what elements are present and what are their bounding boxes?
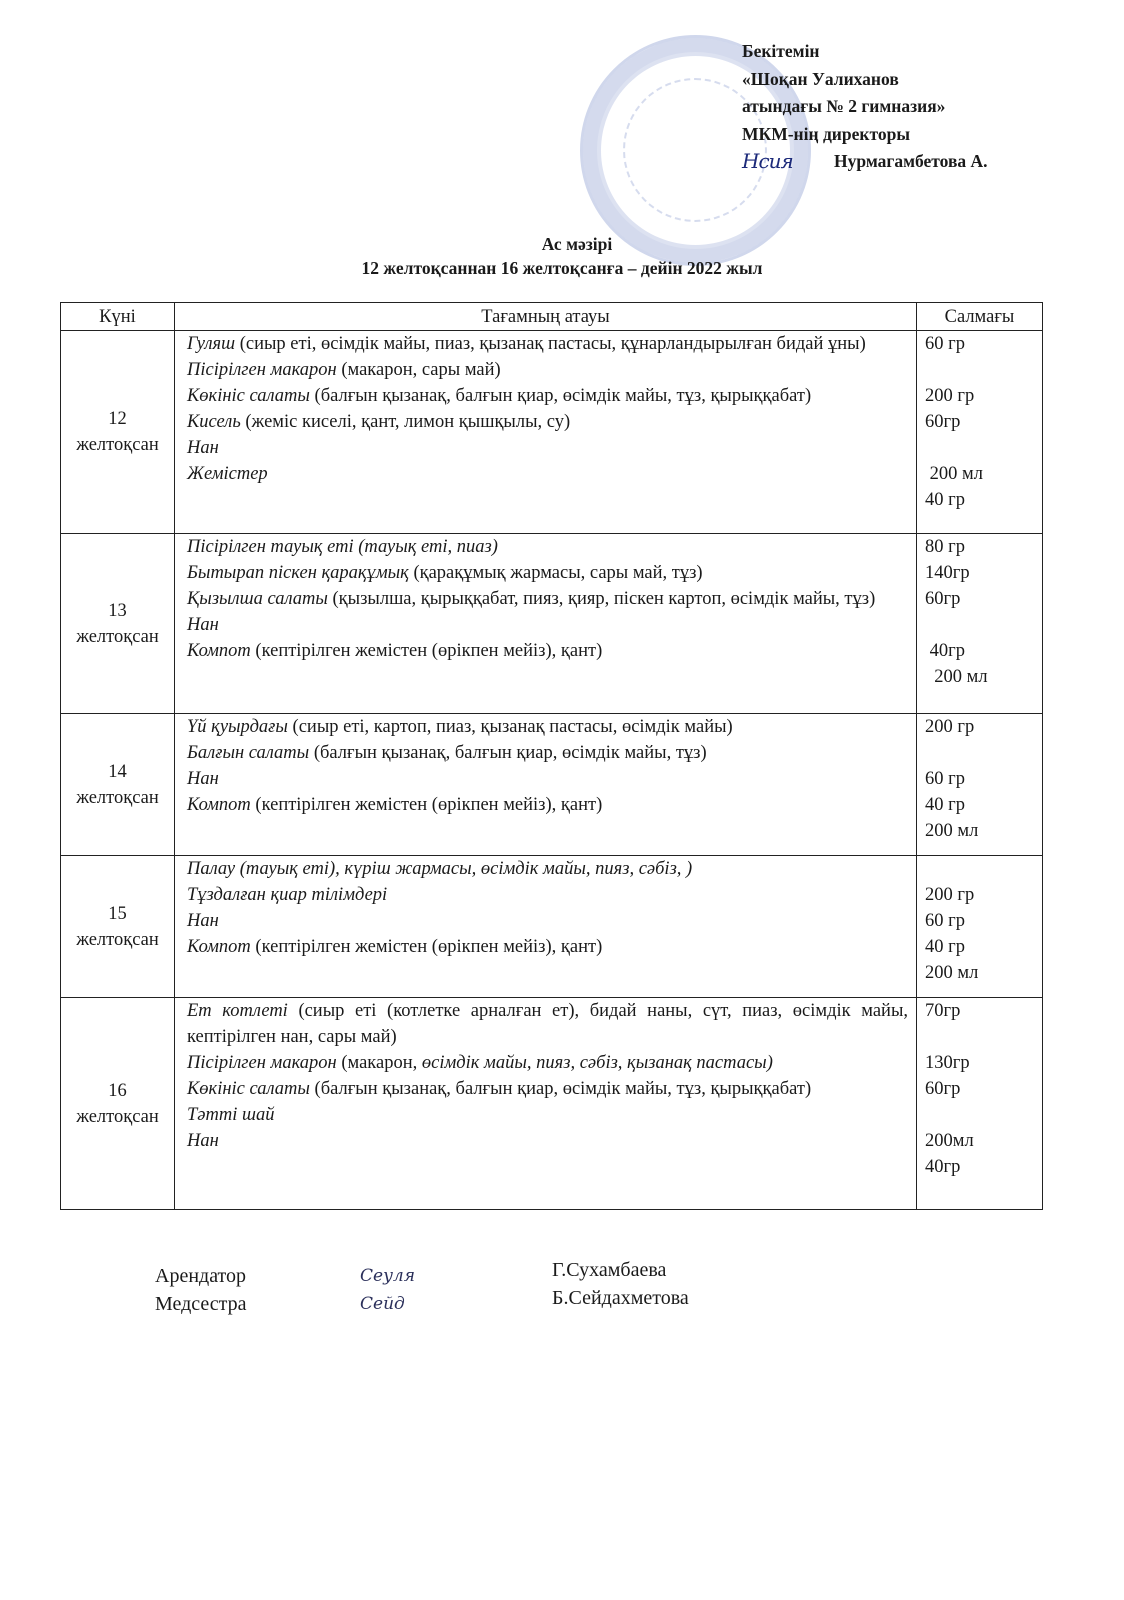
table-row: 13желтоқсанПісірілген тауық еті (тауық е… — [61, 534, 1043, 714]
dish-name: Нан — [187, 615, 219, 635]
dishes-cell: Үй қуырдағы (сиыр еті, картоп, пиаз, қыз… — [175, 714, 917, 856]
dish-ingredients: (кептірілген жемістен (өрікпен мейіз), қ… — [251, 795, 602, 815]
dish-name: Палау (тауық еті), күріш жармасы, өсімді… — [187, 859, 692, 879]
portion-weight: 70гр — [925, 998, 1036, 1024]
dish-item: Пісірілген макарон (макарон, сары май) — [187, 357, 908, 383]
portion-weight — [925, 740, 1036, 766]
day-cell: 12желтоқсан — [61, 331, 175, 534]
day-month: желтоқсан — [61, 432, 174, 458]
dish-item: Пісірілген макарон (макарон, өсімдік май… — [187, 1050, 908, 1076]
dish-ingredients: (балғын қызанақ, балғын қиар, өсімдік ма… — [310, 386, 811, 406]
approval-line-4: МКМ-нің директоры — [742, 121, 988, 149]
portion-weight — [925, 1102, 1036, 1128]
portion-weight: 40 гр — [925, 487, 1036, 513]
approval-line-2: «Шоқан Уалиханов — [742, 66, 988, 94]
portion-weight: 60гр — [925, 586, 1036, 612]
dish-ingredients: (кептірілген жемістен (өрікпен мейіз), қ… — [251, 937, 602, 957]
weights-cell: 200 гр60 гр40 гр200 мл — [917, 856, 1043, 998]
portion-weight: 60 гр — [925, 331, 1036, 357]
portion-weight: 200 мл — [925, 461, 1036, 487]
day-cell: 13желтоқсан — [61, 534, 175, 714]
table-row: 15желтоқсанПалау (тауық еті), күріш жарм… — [61, 856, 1043, 998]
dish-name: Көкініс салаты — [187, 386, 310, 406]
dish-ingredients: (балғын қызанақ, балғын қиар, өсімдік ма… — [310, 1079, 811, 1099]
portion-weight: 40 гр — [925, 792, 1036, 818]
portion-weight — [925, 612, 1036, 638]
dish-ingredients: (макарон, сары май) — [337, 360, 501, 380]
portion-weight: 40гр — [925, 638, 1036, 664]
title-line-2: 12 желтоқсаннан 16 желтоқсанға – дейін 2… — [0, 256, 1124, 280]
weights-cell: 70гр130гр60гр200мл40гр — [917, 998, 1043, 1210]
dish-name: Компот — [187, 795, 251, 815]
dish-ingredients: (кептірілген жемістен (өрікпен мейіз), қ… — [251, 641, 602, 661]
dish-name: Нан — [187, 438, 219, 458]
portion-weight: 60 гр — [925, 766, 1036, 792]
dish-name: Нан — [187, 1131, 219, 1151]
signatory-name: Б.Сейдахметова — [552, 1284, 812, 1312]
table-row: 16желтоқсанЕт котлеті (сиыр еті (котлетк… — [61, 998, 1043, 1210]
dish-item: Көкініс салаты (балғын қызанақ, балғын қ… — [187, 1076, 908, 1102]
dish-name: Бытырап піскен қарақұмық — [187, 563, 409, 583]
dish-ingredients: (жеміс киселі, қант, лимон қышқылы, су) — [241, 412, 570, 432]
title-line-1: Ас мәзірі — [0, 232, 1124, 256]
dish-item: Нан — [187, 766, 908, 792]
day-number: 16 — [61, 1078, 174, 1104]
portion-weight: 200 мл — [925, 960, 1036, 986]
director-name: Нурмагамбетова А. — [834, 148, 988, 176]
dishes-cell: Ет котлеті (сиыр еті (котлетке арналған … — [175, 998, 917, 1210]
day-number: 14 — [61, 759, 174, 785]
dish-name: Компот — [187, 641, 251, 661]
table-header-row: Күні Тағамның атауы Салмағы — [61, 303, 1043, 331]
director-signature-line: Нсия Нурмагамбетова А. — [742, 148, 988, 176]
day-cell: 15желтоқсан — [61, 856, 175, 998]
dish-name: Нан — [187, 769, 219, 789]
dish-item: Қызылша салаты (қызылша, қырыққабат, пия… — [187, 586, 908, 612]
dish-ingredients: (сиыр еті (котлетке арналған ет), бидай … — [187, 1001, 908, 1047]
role-label: Арендатор — [155, 1262, 315, 1290]
dish-ingredients: (қызылша, қырыққабат, пияз, қияр, піскен… — [328, 589, 875, 609]
dish-item: Нан — [187, 1128, 908, 1154]
dish-name: Тәтті шай — [187, 1105, 274, 1125]
dish-name: Ет котлеті — [187, 1001, 288, 1021]
dish-item: Үй қуырдағы (сиыр еті, картоп, пиаз, қыз… — [187, 714, 908, 740]
day-month: желтоқсан — [61, 1104, 174, 1130]
approval-line-3: атындағы № 2 гимназия» — [742, 93, 988, 121]
dish-item: Компот (кептірілген жемістен (өрікпен ме… — [187, 792, 908, 818]
portion-weight: 200 гр — [925, 882, 1036, 908]
dish-item: Көкініс салаты (балғын қызанақ, балғын қ… — [187, 383, 908, 409]
day-month: желтоқсан — [61, 927, 174, 953]
menu-table: Күні Тағамның атауы Салмағы 12желтоқсанГ… — [60, 302, 1043, 1210]
dish-item: Ет котлеті (сиыр еті (котлетке арналған … — [187, 998, 908, 1050]
day-number: 12 — [61, 406, 174, 432]
dish-item: Жемістер — [187, 461, 908, 487]
day-number: 15 — [61, 901, 174, 927]
portion-weight: 140гр — [925, 560, 1036, 586]
dish-name: Гуляш — [187, 334, 235, 354]
dish-ingredients: өсімдік майы, пияз, сәбіз, қызанақ паста… — [422, 1053, 773, 1073]
approval-line-1: Бекітемін — [742, 38, 988, 66]
portion-weight: 60гр — [925, 409, 1036, 435]
dish-item: Компот (кептірілген жемістен (өрікпен ме… — [187, 638, 908, 664]
dish-item: Балғын салаты (балғын қызанақ, балғын қи… — [187, 740, 908, 766]
signature-mark: Сейд — [360, 1290, 440, 1318]
dish-item: Гуляш (сиыр еті, өсімдік майы, пиаз, қыз… — [187, 331, 908, 357]
dish-ingredients: (макарон, — [337, 1053, 422, 1073]
dish-name: Пісірілген тауық еті — [187, 537, 354, 557]
dishes-cell: Палау (тауық еті), күріш жармасы, өсімді… — [175, 856, 917, 998]
weights-cell: 200 гр60 гр40 гр200 мл — [917, 714, 1043, 856]
dish-ingredients: (қарақұмық жармасы, сары май, тұз) — [409, 563, 703, 583]
dish-name: Пісірілген макарон — [187, 1053, 337, 1073]
dish-ingredients: (сиыр еті, картоп, пиаз, қызанақ пастасы… — [288, 717, 733, 737]
dish-item: Нан — [187, 612, 908, 638]
portion-weight: 40гр — [925, 1154, 1036, 1180]
portion-weight — [925, 1024, 1036, 1050]
dish-ingredients: (сиыр еті, өсімдік майы, пиаз, қызанақ п… — [235, 334, 866, 354]
portion-weight: 60гр — [925, 1076, 1036, 1102]
dish-name: Кисель — [187, 412, 241, 432]
approval-block: Бекітемін «Шоқан Уалиханов атындағы № 2 … — [742, 38, 988, 176]
dish-name: Балғын салаты — [187, 743, 309, 763]
portion-weight: 200 гр — [925, 383, 1036, 409]
portion-weight: 200 мл — [925, 664, 1036, 690]
dish-item: Нан — [187, 908, 908, 934]
dish-name: Нан — [187, 911, 219, 931]
dish-name: Компот — [187, 937, 251, 957]
dish-name: Пісірілген макарон — [187, 360, 337, 380]
portion-weight — [925, 435, 1036, 461]
dish-name: Тұздалған қиар тілімдері — [187, 885, 387, 905]
dish-item: Нан — [187, 435, 908, 461]
day-cell: 16желтоқсан — [61, 998, 175, 1210]
portion-weight: 80 гр — [925, 534, 1036, 560]
portion-weight: 200 мл — [925, 818, 1036, 844]
dish-name: Жемістер — [187, 464, 268, 484]
day-month: желтоқсан — [61, 785, 174, 811]
table-row: 12желтоқсанГуляш (сиыр еті, өсімдік майы… — [61, 331, 1043, 534]
dishes-cell: Пісірілген тауық еті (тауық еті, пиаз)Бы… — [175, 534, 917, 714]
dish-item: Компот (кептірілген жемістен (өрікпен ме… — [187, 934, 908, 960]
dish-ingredients: (балғын қызанақ, балғын қиар, өсімдік ма… — [309, 743, 706, 763]
dish-name: Үй қуырдағы — [187, 717, 288, 737]
portion-weight: 60 гр — [925, 908, 1036, 934]
day-number: 13 — [61, 598, 174, 624]
portion-weight: 200 гр — [925, 714, 1036, 740]
weights-cell: 60 гр200 гр60гр 200 мл40 гр — [917, 331, 1043, 534]
dish-item: Тұздалған қиар тілімдері — [187, 882, 908, 908]
day-month: желтоқсан — [61, 624, 174, 650]
signatory-name: Г.Сухамбаева — [552, 1256, 812, 1284]
dish-item: Тәтті шай — [187, 1102, 908, 1128]
portion-weight: 130гр — [925, 1050, 1036, 1076]
director-signature: Нсия — [742, 148, 834, 176]
dish-name: Көкініс салаты — [187, 1079, 310, 1099]
dish-item: Пісірілген тауық еті (тауық еті, пиаз) — [187, 534, 908, 560]
day-cell: 14желтоқсан — [61, 714, 175, 856]
dish-item: Палау (тауық еті), күріш жармасы, өсімді… — [187, 856, 908, 882]
header-dish-name: Тағамның атауы — [175, 303, 917, 331]
table-row: 14желтоқсанҮй қуырдағы (сиыр еті, картоп… — [61, 714, 1043, 856]
portion-weight — [925, 357, 1036, 383]
portion-weight: 200мл — [925, 1128, 1036, 1154]
document-title: Ас мәзірі 12 желтоқсаннан 16 желтоқсанға… — [0, 232, 1124, 280]
signature-mark: Сеуля — [360, 1262, 440, 1290]
portion-weight — [925, 856, 1036, 882]
dish-item: Кисель (жеміс киселі, қант, лимон қышқыл… — [187, 409, 908, 435]
header-weight: Салмағы — [917, 303, 1043, 331]
dish-item: Бытырап піскен қарақұмық (қарақұмық жарм… — [187, 560, 908, 586]
dishes-cell: Гуляш (сиыр еті, өсімдік майы, пиаз, қыз… — [175, 331, 917, 534]
role-label: Медсестра — [155, 1290, 315, 1318]
dish-name: Қызылша салаты — [187, 589, 328, 609]
portion-weight: 40 гр — [925, 934, 1036, 960]
weights-cell: 80 гр140гр60гр 40гр 200 мл — [917, 534, 1043, 714]
header-day: Күні — [61, 303, 175, 331]
dish-ingredients: (тауық еті, пиаз) — [354, 537, 498, 557]
